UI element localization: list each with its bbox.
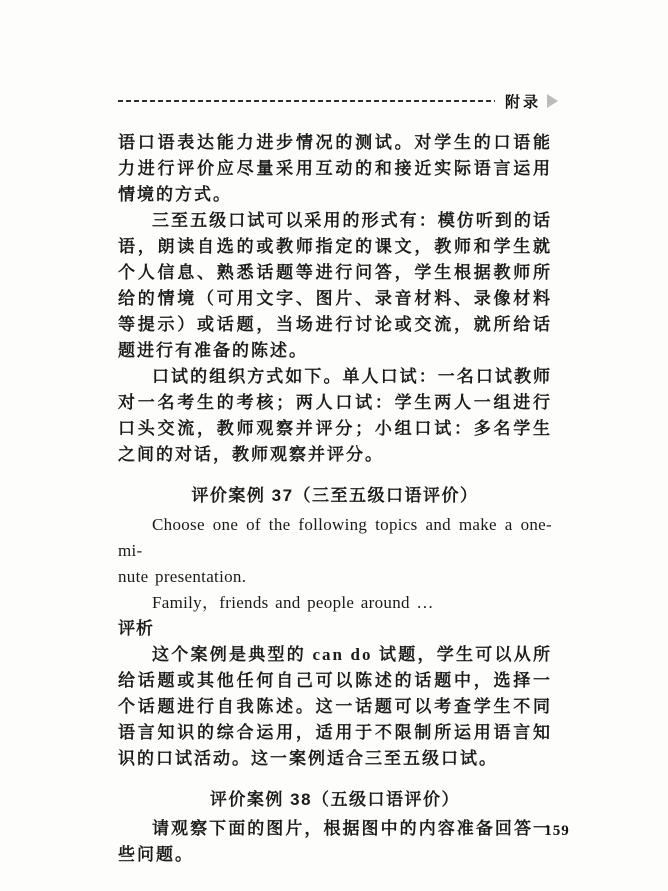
- case-37-task-line-1: Choose one of the following topics and m…: [118, 512, 552, 564]
- case-37-heading: 评价案例 37（三至五级口语评价）: [118, 483, 552, 509]
- analysis-label: 评析: [118, 616, 552, 642]
- paragraph-oral-test-forms: 三至五级口试可以采用的形式有：模仿听到的话语，朗读自选的或教师指定的课文，教师和…: [118, 208, 552, 364]
- case-38-task: 请观察下面的图片，根据图中的内容准备回答一些问题。: [118, 816, 552, 868]
- case-38-heading: 评价案例 38（五级口语评价）: [118, 787, 552, 813]
- right-triangle-icon: [547, 94, 558, 108]
- page-number: 159: [534, 823, 580, 840]
- running-head: 附录: [118, 92, 558, 110]
- case-37-task-line-2: nute presentation.: [118, 564, 552, 590]
- paragraph-oral-test-organization: 口试的组织方式如下。单人口试：一名口试教师对一名考生的考核；两人口试：学生两人一…: [118, 364, 552, 468]
- case-37-topic: Family，friends and people around …: [118, 590, 552, 616]
- paragraph-oral-test-intro: 语口语表达能力进步情况的测试。对学生的口语能力进行评价应尽量采用互动的和接近实际…: [118, 130, 552, 208]
- analysis-paragraph: 这个案例是典型的 can do 试题，学生可以从所给话题或其他任何自己可以陈述的…: [118, 642, 552, 772]
- page-body: 语口语表达能力进步情况的测试。对学生的口语能力进行评价应尽量采用互动的和接近实际…: [118, 130, 552, 868]
- section-label: 附录: [505, 91, 541, 112]
- book-page: 附录 语口语表达能力进步情况的测试。对学生的口语能力进行评价应尽量采用互动的和接…: [0, 0, 668, 891]
- header-dashed-rule: [118, 100, 495, 102]
